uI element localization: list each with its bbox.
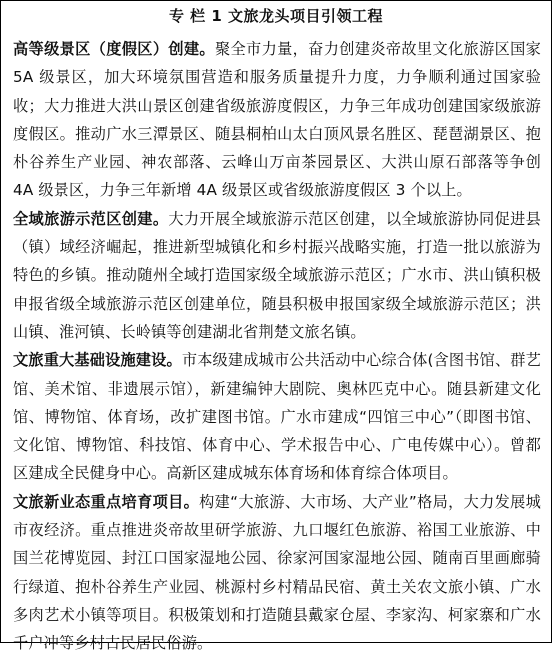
section-text: 聚全市力量，奋力创建炎帝故里文化旅游区国家 5A 级景区，加大环境氛围营造和服务… (13, 40, 541, 199)
section-text: 大力开展全域旅游示范区创建，以全域旅游协同促进县（镇）域经济崛起，推进新型城镇化… (13, 210, 541, 341)
column-title: 专 栏 1 文旅龙头项目引领工程 (1, 5, 551, 27)
section-text: 市本级建成城市公共活动中心综合体(含图书馆、群艺馆、美术馆、非遗展示馆），新建编… (13, 351, 541, 482)
section-text: 构建“大旅游、大市场、大产业”格局，大力发展城市夜经济。重点推进炎帝故里研学旅游… (13, 493, 541, 643)
section-infrastructure: 文旅重大基础设施建设。市本级建成城市公共活动中心综合体(含图书馆、群艺馆、美术馆… (13, 346, 541, 487)
section-all-region-tourism: 全域旅游示范区创建。大力开展全域旅游示范区创建，以全域旅游协同促进县（镇）域经济… (13, 205, 541, 346)
column-box: 专 栏 1 文旅龙头项目引领工程 高等级景区（度假区）创建。聚全市力量，奋力创建… (0, 0, 552, 643)
section-new-formats: 文旅新业态重点培育项目。构建“大旅游、大市场、大产业”格局，大力发展城市夜经济。… (13, 488, 541, 643)
section-heading: 全域旅游示范区创建。 (13, 210, 168, 228)
section-heading: 高等级景区（度假区）创建。 (13, 40, 215, 58)
section-heading: 文旅新业态重点培育项目。 (13, 493, 199, 511)
section-scenic-areas: 高等级景区（度假区）创建。聚全市力量，奋力创建炎帝故里文化旅游区国家 5A 级景… (13, 35, 541, 205)
section-heading: 文旅重大基础设施建设。 (13, 351, 182, 369)
column-body: 高等级景区（度假区）创建。聚全市力量，奋力创建炎帝故里文化旅游区国家 5A 级景… (13, 35, 541, 643)
